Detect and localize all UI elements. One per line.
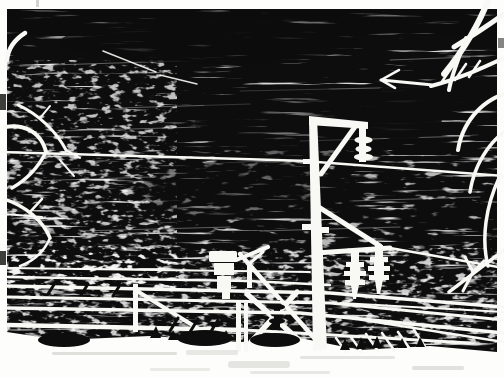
fence-post: [236, 300, 241, 352]
pole-nub-left: [302, 224, 311, 230]
pole-nub-right: [320, 227, 329, 233]
mast-body: [214, 263, 234, 275]
print-image: [0, 0, 504, 378]
stem-flange: [354, 154, 373, 161]
mast-body: [217, 276, 231, 289]
stem-flange: [356, 146, 372, 153]
stem-flange: [355, 137, 373, 144]
print-scan: [0, 0, 504, 378]
mast-cap: [209, 251, 237, 262]
small-post: [247, 262, 252, 288]
pole-nub-upper: [303, 159, 310, 164]
